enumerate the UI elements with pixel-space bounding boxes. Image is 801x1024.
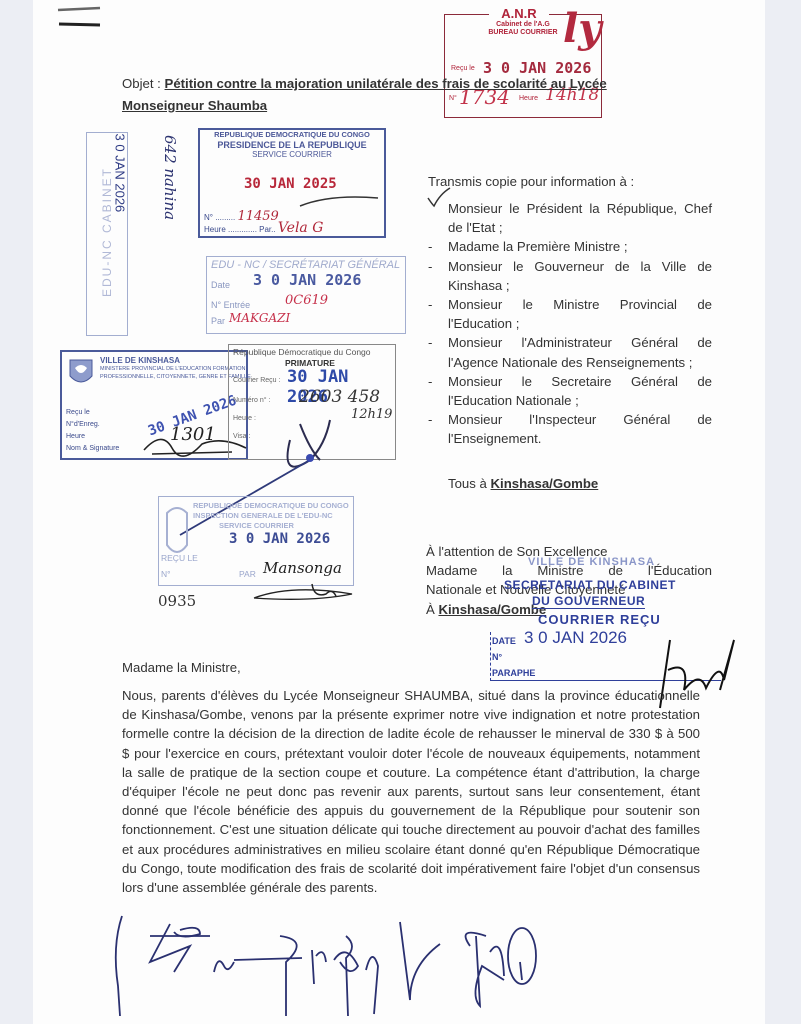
inspection-date: 3 0 JAN 2026 — [229, 531, 330, 547]
inspection-num-label: N° — [161, 569, 171, 579]
recipient-item: Monsieur le Gouverneur de la Ville de Ki… — [426, 257, 712, 295]
recipient-item: Monsieur le Ministre Provincial de l'Edu… — [426, 295, 712, 333]
inspection-par-label: PAR — [239, 569, 256, 579]
gouverneur-line3: DU GOUVERNEUR — [532, 594, 645, 609]
secretariat-stamp: EDU - NC / SECRÉTARIAT GÉNÉRAL Date 3 0 … — [206, 256, 406, 334]
secretariat-date-label: Date — [211, 279, 230, 292]
inspection-stamp: REPUBLIQUE DEMOCRATIQUE DU CONGO INSPECT… — [158, 496, 354, 586]
inspection-recu-label: REÇU LE — [161, 553, 198, 563]
anr-initials: ly — [563, 5, 601, 52]
recipient-item: Madame la Première Ministre ; — [426, 237, 712, 256]
copie-heading: Transmis copie pour information à : — [428, 172, 634, 191]
kinshasa-line2: MINISTERE PROVINCIAL DE L'EDUCATION FORM… — [100, 366, 246, 372]
secretariat-date: 3 0 JAN 2026 — [253, 271, 361, 289]
anr-title: A.N.R — [489, 7, 549, 21]
recipient-item: Monsieur l'Inspecteur Général de l'Ensei… — [426, 410, 712, 448]
inspection-line2: INSPECTION GENERALE DE L'EDU-NC — [193, 511, 333, 520]
subject-title: Pétition contre la majoration unilatéral… — [122, 76, 607, 113]
primature-line1: République Démocratique du Congo — [233, 347, 371, 357]
presidence-line2: PRESIDENCE DE LA REPUBLIQUE — [200, 140, 384, 150]
primature-courrier-label: Courrier Reçu : — [233, 377, 280, 384]
presidence-line3: SERVICE COURRIER — [200, 150, 384, 160]
recipient-item: Monsieur le Président la République, Che… — [426, 199, 712, 237]
recipient-item: Monsieur le Secretaire Général de l'Educ… — [426, 372, 712, 410]
inspection-line3: SERVICE COURRIER — [219, 521, 294, 530]
kinshasa-nom-label: Nom & Signature — [66, 442, 119, 455]
subject-label: Objet : — [122, 76, 161, 91]
anr-recu-label: Reçu le — [451, 65, 475, 72]
inspection-emblem-icon — [163, 505, 191, 559]
secretariat-par-label: Par — [211, 315, 225, 328]
inspection-par-value: Mansonga — [263, 559, 342, 577]
tous-line: Tous à Kinshasa/Gombe — [448, 474, 598, 493]
kinshasa-line1: VILLE DE KINSHASA — [100, 356, 180, 365]
subject-line: Objet : Pétition contre la majoration un… — [122, 73, 687, 117]
inspection-handwritten-number: 0935 — [158, 592, 196, 610]
secretariat-par-value: MAKGAZI — [229, 311, 290, 325]
letter-body: Nous, parents d'élèves du Lycée Monseign… — [122, 686, 700, 897]
recipient-list: Monsieur le Président la République, Che… — [426, 199, 712, 449]
edu-cabinet-date: 3 0 JAN 2026 — [113, 134, 128, 254]
primature-num-label: Numéro n° : — [233, 397, 270, 404]
presidence-line1: REPUBLIQUE DEMOCRATIQUE DU CONGO — [200, 130, 384, 140]
edu-cabinet-handwriting: 642 nahina — [161, 135, 179, 255]
salutation: Madame la Ministre, — [122, 658, 241, 677]
inspection-signature — [252, 580, 362, 604]
kinshasa-emblem-icon — [68, 358, 94, 388]
gouverneur-line1: VILLE DE KINSHASA — [528, 556, 655, 568]
primature-num-value: 2603 458 — [299, 387, 380, 407]
presidence-heure-row: Heure ............. Par.. Vela G — [204, 222, 323, 236]
gouverneur-line4: COURRIER REÇU — [538, 612, 661, 627]
presidence-date: 30 JAN 2025 — [244, 176, 337, 192]
parent-signatures — [110, 906, 750, 1024]
inspection-line1: REPUBLIQUE DEMOCRATIQUE DU CONGO — [193, 501, 349, 510]
secretariat-title: EDU - NC / SECRÉTARIAT GÉNÉRAL — [211, 259, 400, 271]
pen-mark-lines — [56, 6, 106, 28]
gouverneur-line2: SECRETARIAT DU CABINET — [504, 578, 676, 592]
recipient-item: Monsieur l'Administrateur Général de l'A… — [426, 333, 712, 371]
scribble — [300, 194, 380, 210]
secretariat-entree-value: 0C619 — [285, 293, 328, 308]
presidence-stamp: REPUBLIQUE DEMOCRATIQUE DU CONGO PRESIDE… — [198, 128, 386, 238]
